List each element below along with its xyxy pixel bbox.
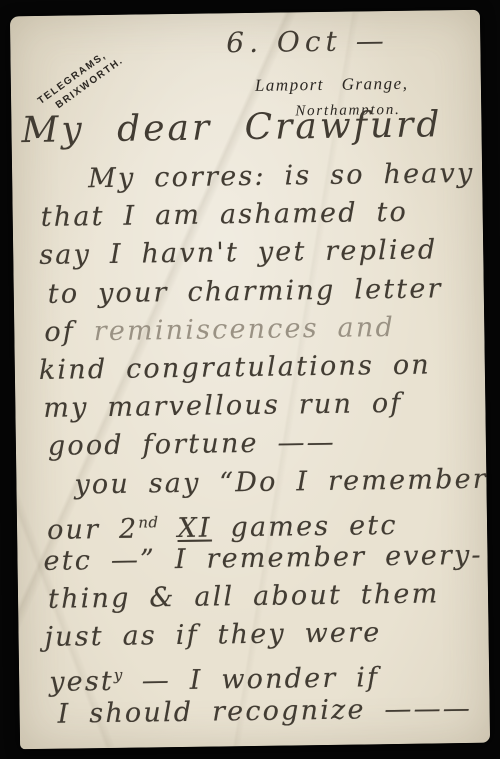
handwritten-date: 6. Oct — [226, 24, 389, 59]
text-segment: of [44, 316, 94, 348]
text-segment: just as if they were [44, 617, 381, 653]
handwritten-line: yesty — I wonder if [49, 651, 485, 695]
handwritten-line: of reminiscences and [44, 308, 480, 352]
letterhead-address-line1: Lamport Grange, [255, 74, 409, 96]
handwritten-line: my marvellous run of [43, 384, 481, 428]
text-segment: My corres: is so heavy [88, 158, 475, 194]
text-segment: to your charming letter [48, 273, 443, 310]
text-segment: I should recognize ——— [57, 693, 472, 730]
text-segment: yest [49, 666, 114, 698]
text-segment: y [114, 666, 123, 684]
text-segment: reminiscences and [94, 312, 396, 347]
handwritten-line: just as if they were [44, 613, 484, 657]
handwritten-line: say I havn't yet replied [39, 231, 479, 275]
handwritten-line: that I am ashamed to [40, 193, 478, 237]
handwritten-line: you say “Do I remember [74, 460, 482, 504]
handwritten-line: kind congratulations on [39, 346, 481, 390]
text-segment: you say “Do I remember [74, 463, 488, 500]
handwritten-line: My corres: is so heavy [88, 155, 478, 199]
text-segment [158, 513, 177, 544]
text-segment: my marvellous run of [43, 388, 403, 424]
text-segment: etc —” I remember every- [43, 540, 483, 577]
text-segment: kind congratulations on [39, 349, 431, 385]
text-segment: XI [177, 512, 212, 543]
text-segment: our 2 [47, 513, 139, 545]
handwritten-line: thing & all about them [48, 575, 484, 619]
photograph-background: 6. Oct — TELEGRAMS, BRIXWORTH. Lamport G… [0, 0, 500, 759]
text-segment: good fortune —— [48, 427, 336, 462]
letter-paper: 6. Oct — TELEGRAMS, BRIXWORTH. Lamport G… [10, 10, 490, 749]
text-segment: that I am ashamed to [41, 197, 409, 233]
handwritten-line: etc —” I remember every- [43, 537, 483, 581]
text-segment: nd [138, 513, 159, 531]
handwritten-line: our 2nd XI games etc [47, 498, 483, 542]
letter-body: My corres: is so heavythat I am ashamed … [26, 155, 486, 734]
salutation: My dear Crawfurd [21, 104, 442, 151]
handwritten-line: I should recognize ——— [57, 689, 485, 733]
text-segment: thing & all about them [48, 578, 440, 614]
handwritten-line: good fortune —— [48, 422, 482, 466]
handwritten-line: to your charming letter [48, 269, 480, 313]
text-segment: say I havn't yet replied [39, 235, 438, 272]
